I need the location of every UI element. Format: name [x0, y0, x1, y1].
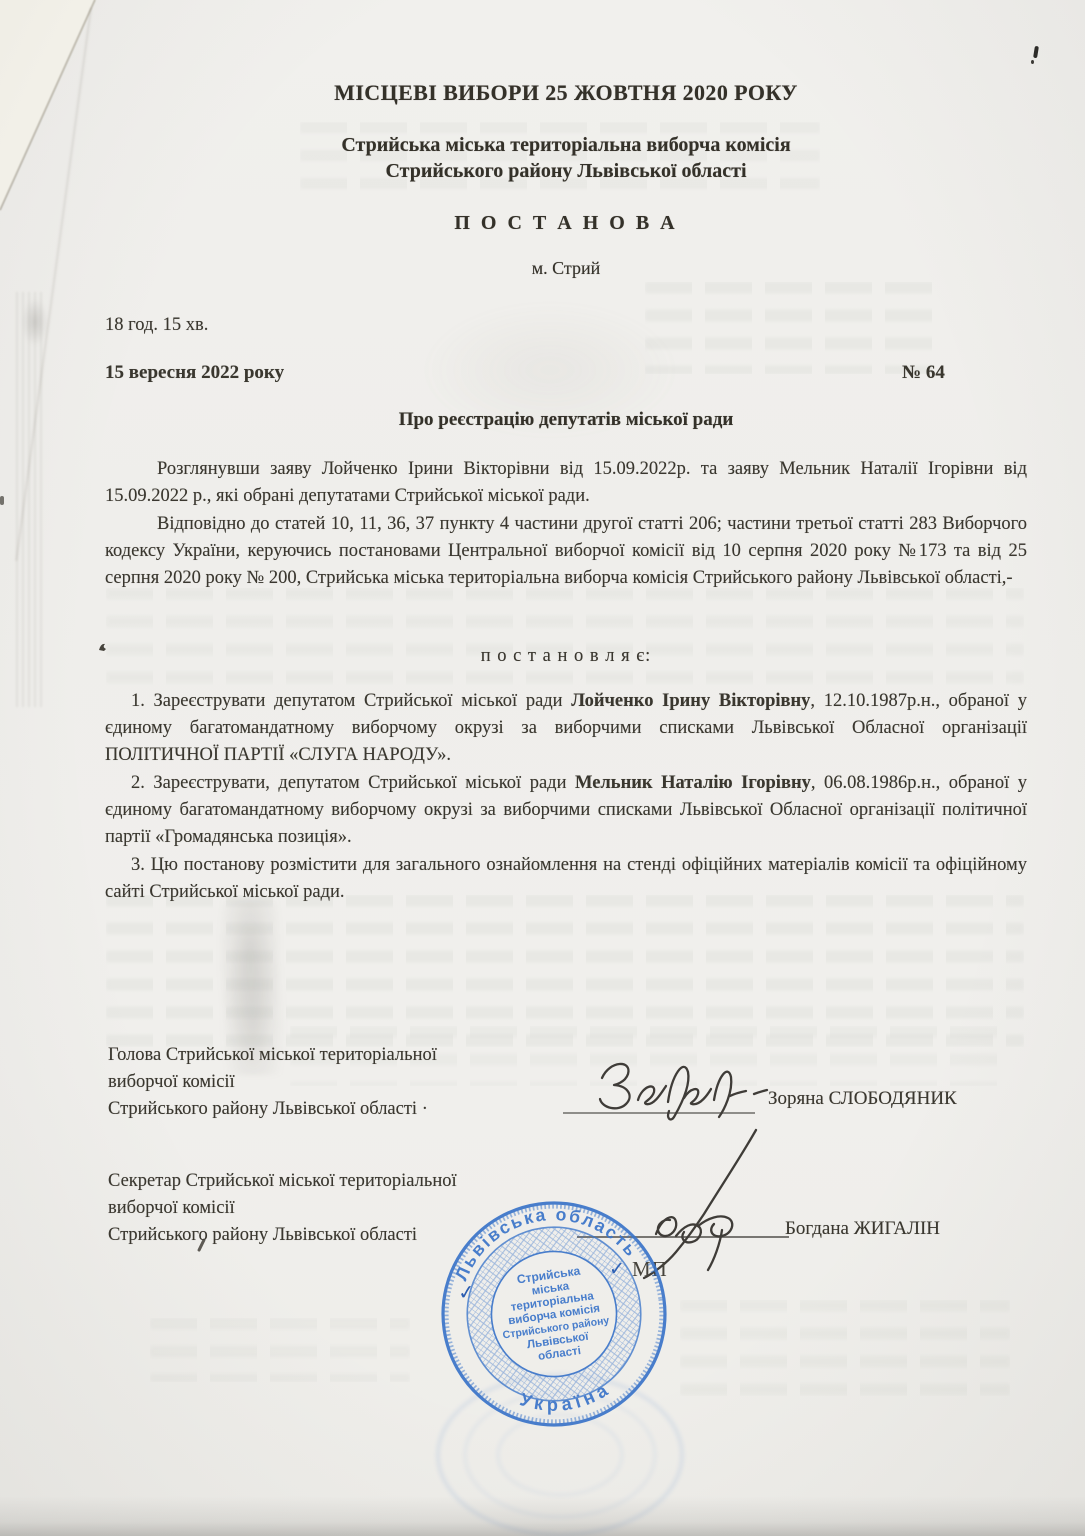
resolution-item-3: 3. Цю постанову розмістити для загальног… [105, 852, 1027, 906]
head-role-line2: виборчої комісії [108, 1069, 235, 1096]
resolution-item-1: 1. Зареєструвати депутатом Стрийської мі… [105, 688, 1027, 769]
item2-deputy-name: Мельник Наталію Ігорівну [575, 773, 811, 793]
head-role-line1: Голова Стрийської міської територіальної [108, 1042, 437, 1069]
head-name: Зоряна СЛОБОДЯНИК [768, 1088, 957, 1110]
secretary-role-line1: Секретар Стрийської міської територіальн… [108, 1168, 457, 1195]
document-time: 18 год. 15 хв. [105, 312, 208, 339]
commission-name-line1: Стрийська міська територіальна виборча к… [105, 134, 1027, 157]
scanned-document-page: МІСЦЕВІ ВИБОРИ 25 ЖОВТНЯ 2020 РОКУ Стрий… [0, 0, 1085, 1536]
bleedthrough-ghost-text [645, 282, 945, 374]
document-date: 15 вересня 2022 року [105, 359, 284, 386]
bleedthrough-ghost-text [106, 895, 1024, 1047]
item1-text-start: 1. Зареєструвати депутатом Стрийської мі… [131, 691, 571, 711]
body-paragraph-2: Відповідно до статей 10, 11, 36, 37 пунк… [105, 511, 1027, 592]
scan-speck [1033, 46, 1038, 58]
scan-speck [0, 496, 4, 505]
commission-name-line2: Стрийського району Львівської області [105, 160, 1027, 183]
scan-speck [1031, 60, 1034, 64]
bleedthrough-ghost-text [680, 1300, 1010, 1396]
scan-streak-smudge [22, 298, 48, 346]
body-paragraph-1: Розглянувши заяву Лойченко Ірини Вікторі… [105, 456, 1027, 510]
scan-streaks [16, 292, 46, 707]
resolves-heading: п о с т а н о в л я є: [105, 643, 1027, 670]
document-number: № 64 [902, 359, 945, 386]
secretary-role-line2: виборчої комісії [108, 1195, 235, 1222]
bleedthrough-ghost-text [150, 1318, 410, 1382]
election-title: МІСЦЕВІ ВИБОРИ 25 ЖОВТНЯ 2020 РОКУ [105, 80, 1027, 106]
secretary-role-line3: Стрийського району Львівської області [108, 1222, 417, 1249]
document-city: м. Стрий [105, 258, 1027, 279]
secretary-name: Богдана ЖИГАЛІН [785, 1218, 940, 1240]
bleedthrough-ghost-text [106, 588, 1024, 686]
scanner-bottom-edge [0, 1496, 1085, 1536]
resolution-item-2: 2. Зареєструвати, депутатом Стрийської м… [105, 770, 1027, 851]
item2-text-start: 2. Зареєструвати, депутатом Стрийської м… [131, 773, 575, 793]
head-role-line3: Стрийського району Львівської області · [108, 1096, 428, 1123]
scan-speck [97, 641, 109, 653]
head-handwritten-signature [580, 1050, 780, 1125]
item1-deputy-name: Лойченко Ірину Вікторівну [571, 691, 810, 711]
document-subject: Про реєстрацію депутатів міської ради [105, 409, 1027, 431]
document-type-title: П О С Т А Н О В А [105, 212, 1027, 235]
